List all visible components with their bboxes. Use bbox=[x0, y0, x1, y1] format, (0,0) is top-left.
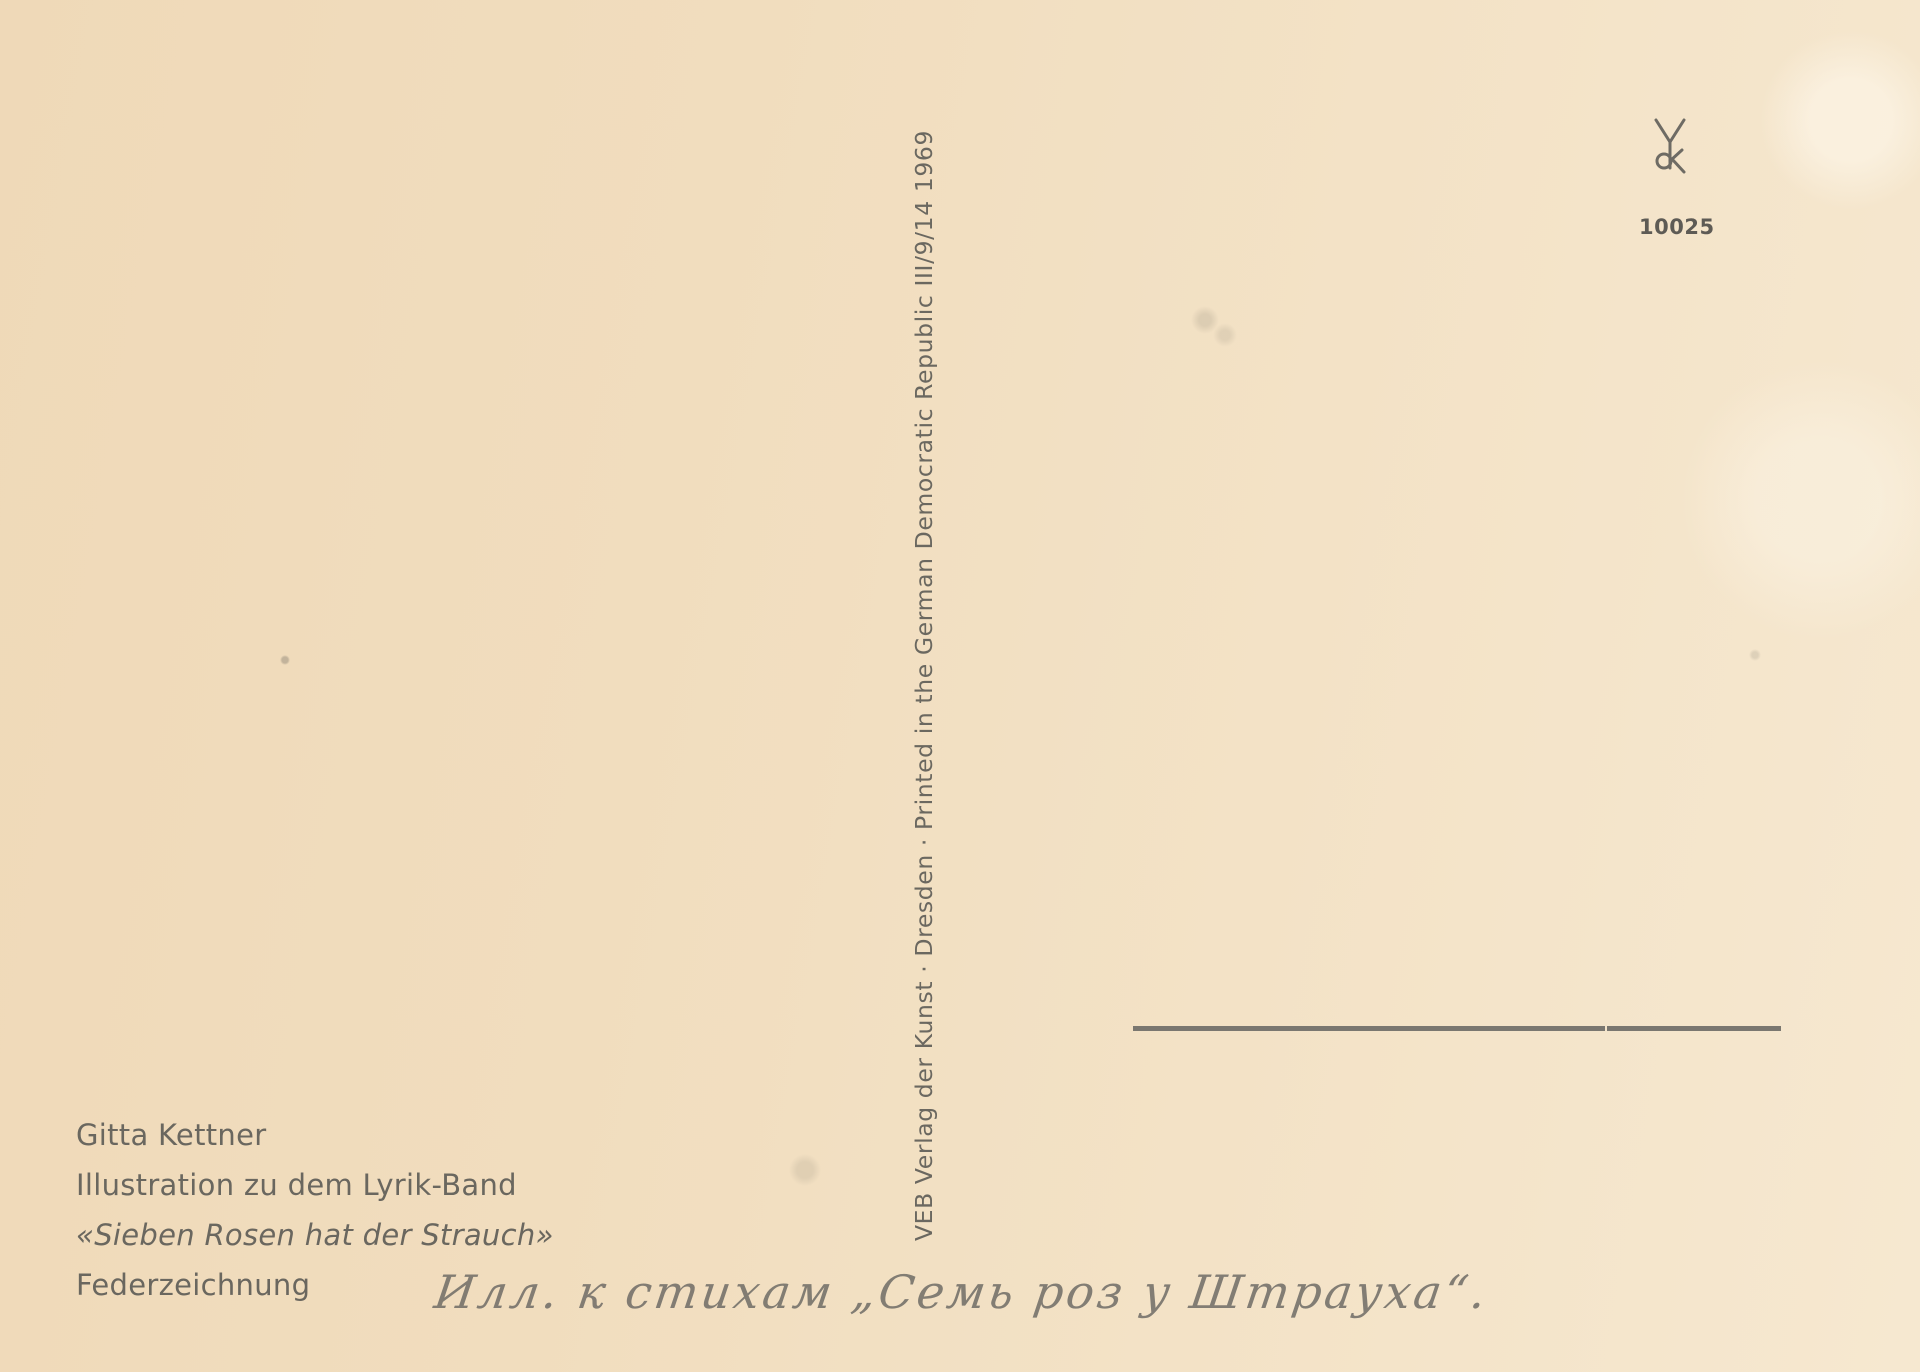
book-title: «Sieben Rosen hat der Strauch» bbox=[76, 1210, 554, 1260]
handwritten-note: Илл. к стихам „Семь роз у Штрауха“. bbox=[431, 1265, 1492, 1319]
artist-name: Gitta Kettner bbox=[76, 1110, 554, 1160]
artwork-description: Illustration zu dem Lyrik-Band bbox=[76, 1160, 554, 1210]
publisher-imprint: VEB Verlag der Kunst · Dresden · Printed… bbox=[913, 130, 937, 1241]
catalog-number: 10025 bbox=[1639, 215, 1715, 239]
address-line bbox=[1133, 1026, 1605, 1031]
address-line-end bbox=[1607, 1026, 1781, 1031]
vdk-monogram-icon bbox=[1650, 118, 1696, 178]
